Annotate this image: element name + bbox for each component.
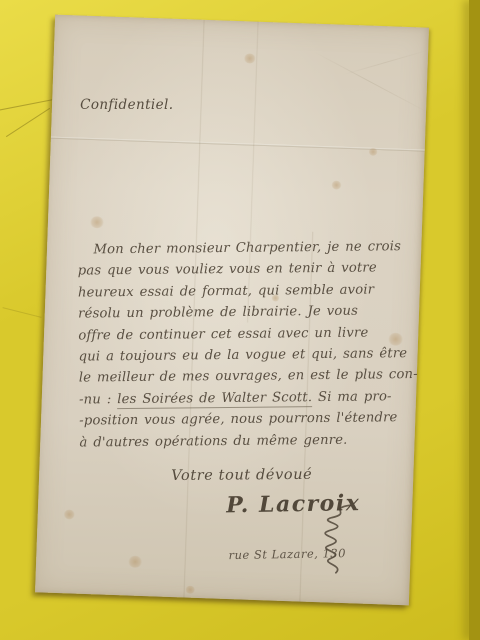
background-crease: [6, 108, 50, 137]
foxing-stain: [90, 216, 104, 228]
letter-text-segment: -position vous agrée, nous pourrons l'ét…: [79, 410, 397, 428]
paper-fold-diagonal: [313, 51, 430, 114]
letter-text-segment: offre de continuer cet essai avec un liv…: [78, 325, 368, 343]
letter-text-segment: pas que vous vouliez vous en tenir à vot…: [78, 261, 377, 279]
letter-paper: Confidentiel. Mon cher monsieur Charpent…: [35, 15, 429, 606]
underlined-book-title: les Soirées de Walter Scott.: [117, 390, 312, 409]
photo-yellow-background: Confidentiel. Mon cher monsieur Charpent…: [0, 0, 480, 640]
letter-text-segment: le meilleur de mes ouvrages, en est le p…: [79, 367, 418, 386]
right-shadow-band: [469, 0, 480, 640]
letter-line: à d'autres opérations du même genre.: [79, 429, 415, 454]
foxing-stain: [331, 180, 341, 189]
paper-fold-diagonal: [341, 50, 428, 76]
foxing-stain: [128, 556, 142, 568]
letter-text-segment: Mon cher monsieur Charpentier, je ne cro…: [93, 239, 401, 257]
background-crease: [2, 307, 41, 318]
letter-text-segment: qui a toujours eu de la vogue et qui, sa…: [79, 346, 408, 364]
foxing-stain: [244, 53, 256, 63]
letter-body: Mon cher monsieur Charpentier, je ne cro…: [77, 236, 415, 454]
closing-line: Votre tout dévoué: [171, 467, 312, 484]
signature-flourish: [314, 502, 359, 577]
foxing-stain: [185, 586, 195, 594]
letter-text-segment: heureux essai de format, qui semble avoi…: [78, 282, 374, 300]
foxing-stain: [368, 148, 377, 156]
letter-text-segment: résolu un problème de librairie. Je vous: [78, 304, 358, 322]
foxing-stain: [64, 509, 75, 519]
letter-text-segment: -nu :: [79, 392, 117, 407]
address-line: rue St Lazare, 130: [228, 546, 346, 562]
confidentiel-annotation: Confidentiel.: [80, 97, 173, 113]
letter-text-segment: à d'autres opérations du même genre.: [79, 432, 347, 450]
letter-text-segment: Si ma pro-: [312, 389, 392, 405]
background-crease: [0, 98, 60, 111]
